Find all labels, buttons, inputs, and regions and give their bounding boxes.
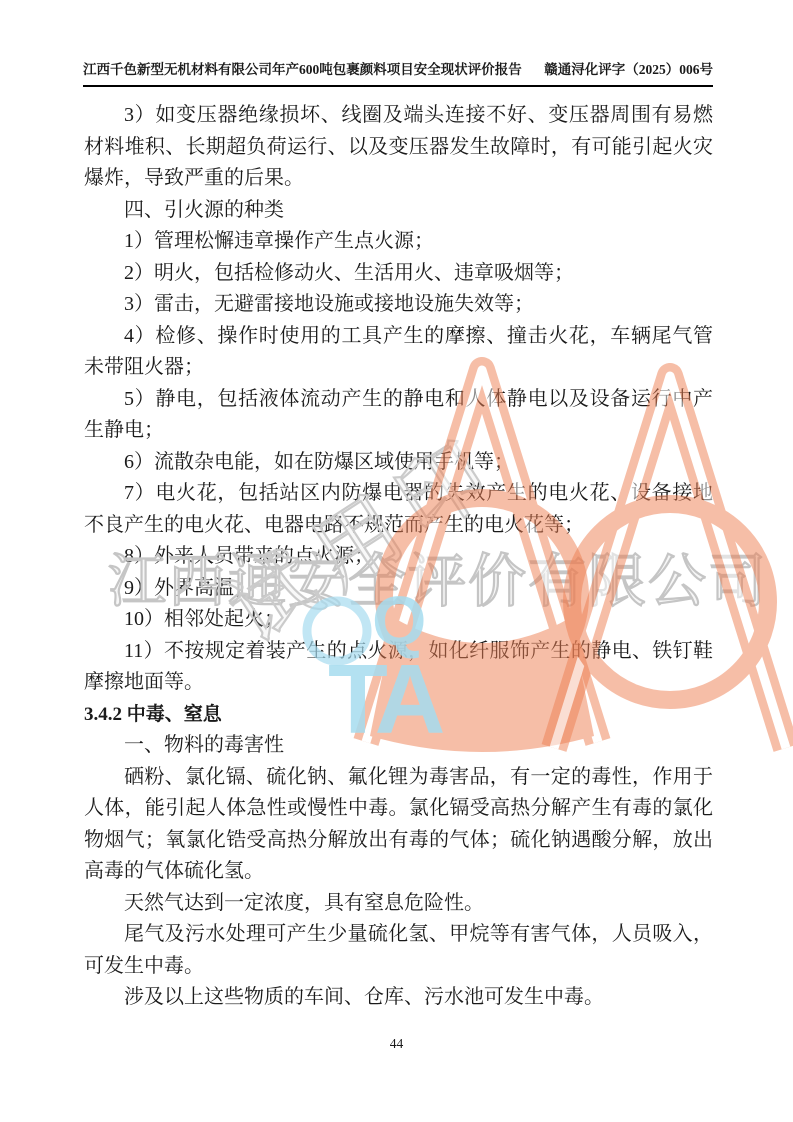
header-doc-number: 赣通浔化评字（2025）006号 — [544, 60, 713, 80]
paragraph: 5）静电，包括液体流动产生的静电和人体静电以及设备运行中产生静电； — [84, 384, 713, 447]
section-title: 中毒、窒息 — [127, 704, 222, 725]
paragraph: 8）外来人员带来的点火源； — [84, 541, 713, 573]
paragraph: 天然气达到一定浓度，具有窒息危险性。 — [84, 888, 713, 920]
page-header: 江西千色新型无机材料有限公司年产600吨包裹颜料项目安全现状评价报告 赣通浔化评… — [83, 60, 713, 87]
paragraph: 一、物料的毒害性 — [84, 730, 713, 762]
paragraph: 1）管理松懈违章操作产生点火源； — [84, 226, 713, 258]
paragraph: 2）明火，包括检修动火、生活用火、违章吸烟等； — [84, 258, 713, 290]
paragraph: 3）雷击，无避雷接地设施或接地设施失效等； — [84, 289, 713, 321]
paragraph: 6）流散杂电能，如在防爆区域使用手机等； — [84, 447, 713, 479]
document-body: 3）如变压器绝缘损坏、线圈及端头连接不好、变压器周围有易燃材料堆积、长期超负荷运… — [84, 100, 713, 1014]
section-number: 3.4.2 — [84, 704, 127, 725]
paragraph: 11）不按规定着装产生的点火源，如化纤服饰产生的静电、铁钉鞋摩擦地面等。 — [84, 636, 713, 699]
paragraph: 10）相邻处起火； — [84, 604, 713, 636]
paragraph: 硒粉、氯化镉、硫化钠、氟化锂为毒害品，有一定的毒性，作用于人体，能引起人体急性或… — [84, 762, 713, 888]
document-page: 江西通安全评价有限公司 试用印 Q TA — [0, 0, 793, 1122]
paragraph: 9）外界高温； — [84, 573, 713, 605]
paragraph: 四、引火源的种类 — [84, 195, 713, 227]
section-heading: 3.4.2 中毒、窒息 — [84, 699, 713, 731]
paragraph: 3）如变压器绝缘损坏、线圈及端头连接不好、变压器周围有易燃材料堆积、长期超负荷运… — [84, 100, 713, 195]
paragraph: 4）检修、操作时使用的工具产生的摩擦、撞击火花，车辆尾气管未带阻火器； — [84, 321, 713, 384]
header-report-title: 江西千色新型无机材料有限公司年产600吨包裹颜料项目安全现状评价报告 — [83, 60, 522, 80]
page-number: 44 — [0, 1036, 793, 1052]
paragraph: 7）电火花，包括站区内防爆电器的失效产生的电火花、设备接地不良产生的电火花、电器… — [84, 478, 713, 541]
paragraph: 涉及以上这些物质的车间、仓库、污水池可发生中毒。 — [84, 982, 713, 1014]
paragraph: 尾气及污水处理可产生少量硫化氢、甲烷等有害气体，人员吸入，可发生中毒。 — [84, 919, 713, 982]
